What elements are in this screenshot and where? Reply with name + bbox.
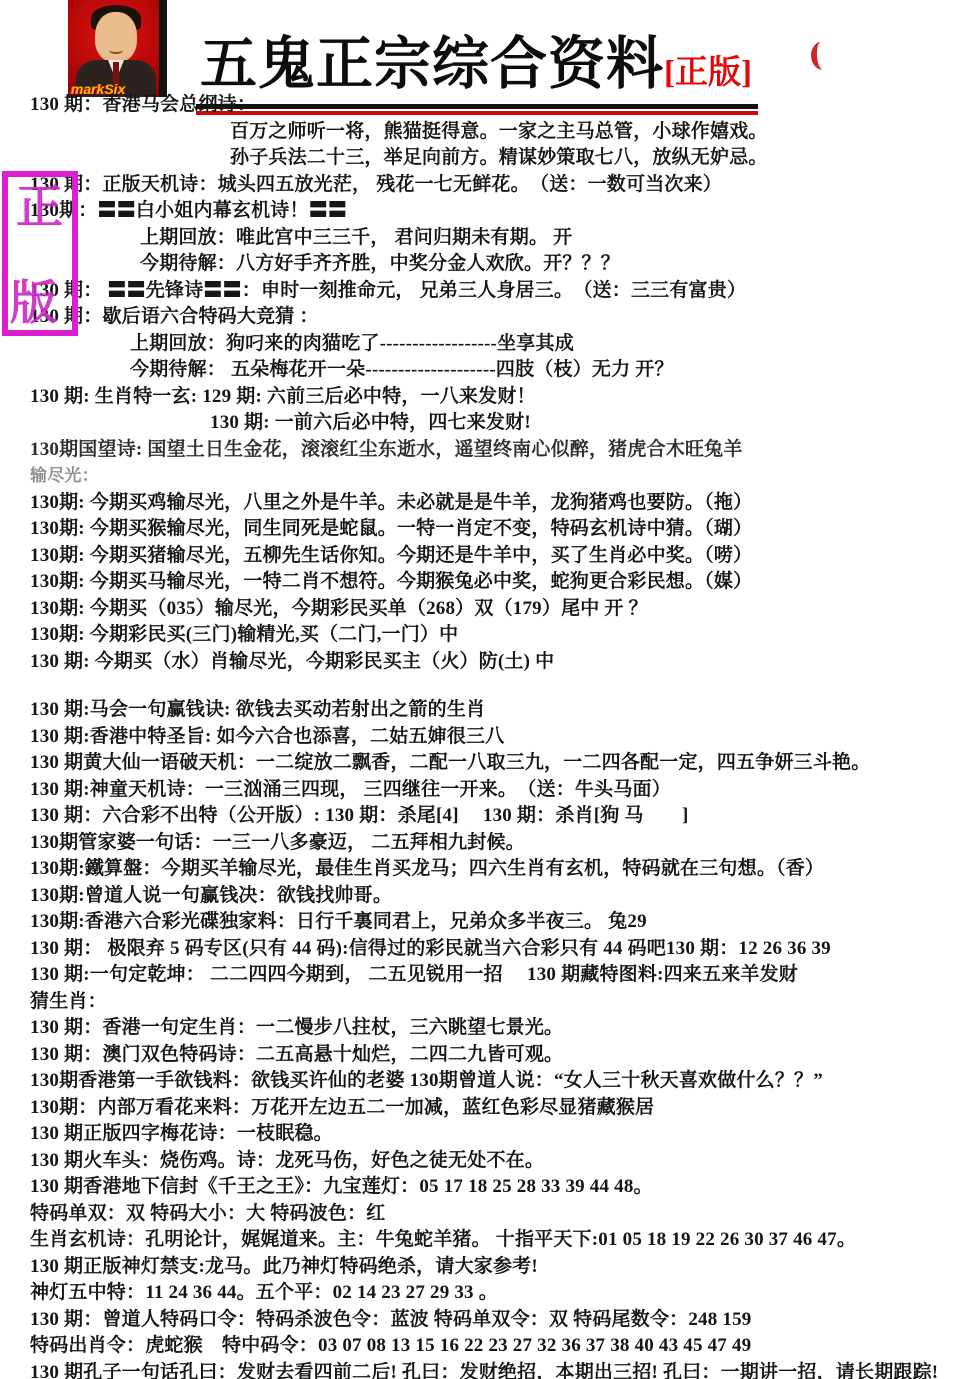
stamp-char-ban: 版 xyxy=(10,281,57,328)
text-line: 130 期：香港一句定生肖：一二慢步八拄杖，三六眺望七景光。 xyxy=(30,1015,974,1042)
text-line: 130期香港第一手欲钱料：欲钱买许仙的老婆 130期曾道人说：“女人三十秋天喜欢… xyxy=(30,1068,974,1095)
text-line: 130 期：六合彩不出特（公开版）: 130 期：杀尾[4] 130 期：杀肖[… xyxy=(30,803,974,830)
text-line: 130期:香港六合彩光碟独家料：日行千裏同君上，兄弟众多半夜三。 兔29 xyxy=(30,909,974,936)
text-line: 130期国望诗: 国望土日生金花，滚滚红尘东逝水，遥望终南心似醉，猪虎合木旺兔羊 xyxy=(30,437,974,464)
text-line: 输尽光： xyxy=(30,463,974,490)
text-line: 130期: 今期买马输尽光，一特二肖不想符。今期猴兔必中奖，蛇狗更合彩民想。（媒… xyxy=(30,569,974,596)
text-line: 130 期正版四字梅花诗：一枝眠稳。 xyxy=(30,1121,974,1148)
lottery-info-sheet: markSix 五鬼正宗综合资料[正版] 正 版 130 期：香港马会总纲诗： … xyxy=(0,0,980,1379)
text-line: 孙子兵法二十三，举足向前方。精谋妙策取七八，放纵无妒忌。 xyxy=(30,145,974,172)
text-line: 130 期: 生肖特一玄: 129 期: 六前三后必中特，一八来发财！ xyxy=(30,384,974,411)
text-line: 130期：内部万看花来料：万花开左边五二一加减，蓝红色彩尽显猪藏猴居 xyxy=(30,1095,974,1122)
blank-gap xyxy=(30,675,974,697)
page-title: 五鬼正宗综合资料 xyxy=(200,33,664,96)
text-line: 今期待解： 五朵梅花开一朵--------------------四肢（枝）无力… xyxy=(30,357,974,384)
mark-six-portrait: markSix xyxy=(68,0,167,97)
text-line: 130 期:神童天机诗：一三汹涌三四现， 三四继往一开来。 （送：牛头马面） xyxy=(30,777,974,804)
text-line: 上期回放：狗叼来的肉猫吃了------------------坐享其成 xyxy=(30,331,974,358)
text-line: 130 期孔子一句话孔曰：发财去看四前二后! 孔曰：发财绝招，本期出三招! 孔曰… xyxy=(30,1360,974,1379)
text-line: 130 期香港地下信封《千王之王》：九宝莲灯：05 17 18 25 28 33… xyxy=(30,1174,974,1201)
text-line: 130 期： 极限弃 5 码专区(只有 44 码):信得过的彩民就当六合彩只有 … xyxy=(30,936,974,963)
text-line: 今期待解：八方好手齐齐胜，中奖分金人欢欣。开？？？ xyxy=(30,251,974,278)
text-line: 130 期: 今期买（水）肖输尽光，今期彩民买主（火）防(土) 中 xyxy=(30,649,974,676)
text-line: 130 期：正版天机诗：城头四五放光茫， 残花一七无鲜花。 （送：一数可当次来） xyxy=(30,172,974,199)
text-line: 猜生肖： xyxy=(30,989,974,1016)
text-line: 130 期：香港马会总纲诗： xyxy=(30,92,974,119)
text-line: 130 期：曾道人特码口令：特码杀波色令：蓝波 特码单双令：双 特码尾数令：24… xyxy=(30,1307,974,1334)
text-line: 130期:曾道人说一句赢钱决：欲钱找帅哥。 xyxy=(30,883,974,910)
text-line: 特码单双：双 特码大小：大 特码波色：红 xyxy=(30,1201,974,1228)
text-line: 上期回放：唯此宫中三三千， 君问归期未有期。 开 xyxy=(30,225,974,252)
text-line: 130 期:一句定乾坤： 二二四四今期到， 二五见锐用一招 130 期藏特图料:… xyxy=(30,962,974,989)
text-line: 130 期:香港中特圣旨: 如今六合也添喜，二姑五婶很三八 xyxy=(30,724,974,751)
text-line: 130 期: 一前六后必中特，四七来发财! xyxy=(30,410,974,437)
red-ink-mark xyxy=(810,41,828,70)
text-line: 130期：〓〓白小姐内幕玄机诗！〓〓 xyxy=(30,198,974,225)
portrait-smile xyxy=(109,46,123,54)
text-line: 130 期：歇后语六合特码大竞猜 ： xyxy=(30,304,974,331)
text-line: 130期: 今期买（035）输尽光，今期彩民买单（268）双（179）尾中 开 … xyxy=(30,596,974,623)
text-line: 神灯五中特：11 24 36 44。五个平：02 14 23 27 29 33 … xyxy=(30,1280,974,1307)
text-line: 130 期：澳门双色特码诗：二五高悬十灿烂，二四二九皆可观。 xyxy=(30,1042,974,1069)
title-edition-tag: [正版] xyxy=(664,55,752,91)
text-line: 130期:鐵算盤：今期买羊输尽光，最佳生肖买龙马；四六生肖有玄机，特码就在三句想… xyxy=(30,856,974,883)
text-line: 130 期正版神灯禁支:龙马。此乃神灯特码绝杀，请大家参考! xyxy=(30,1254,974,1281)
text-line: 130 期火车头：烧伤鸡。诗：龙死马伤，好色之徒无处不在。 xyxy=(30,1148,974,1175)
text-line: 130期: 今期买鸡输尽光，八里之外是牛羊。未必就是是牛羊，龙狗猪鸡也要防。（拖… xyxy=(30,490,974,517)
text-line: 百万之师听一将，熊猫挺得意。一家之主马总管，小球作嬉戏。 xyxy=(30,119,974,146)
text-line: 生肖玄机诗：孔明论计，娓娓道来。主：牛兔蛇羊猪。 十指平天下:01 05 18 … xyxy=(30,1227,974,1254)
text-line: 130期管家婆一句话：一三一八多豪迈， 二五拜相九封候。 xyxy=(30,830,974,857)
tips-text-body: 130 期：香港马会总纲诗： 百万之师听一将，熊猫挺得意。一家之主马总管，小球作… xyxy=(30,92,974,1379)
authenticity-stamp-box: 正 版 xyxy=(2,171,78,336)
stamp-char-zheng: 正 xyxy=(16,185,63,232)
text-line: 特码出肖令：虎蛇猴 特中码令：03 07 08 13 15 16 22 23 2… xyxy=(30,1333,974,1360)
text-line: 130期: 今期买猪输尽光，五柳先生话你知。今期还是牛羊中，买了生肖必中奖。（唠… xyxy=(30,543,974,570)
text-line: 130期: 今期彩民买(三门)输精光,买（二门,一门）中 xyxy=(30,622,974,649)
portrait-face xyxy=(95,12,137,62)
text-line: 130 期黄大仙一语破天机：一二绽放二飘香，二配一八取三九，一二四各配一定，四五… xyxy=(30,750,974,777)
text-line: 130 期:马会一句赢钱诀: 欲钱去买动若射出之箭的生肖 xyxy=(30,697,974,724)
text-line: 130期: 今期买猴输尽光，同生同死是蛇鼠。一特一肖定不变，特码玄机诗中猜。（瑚… xyxy=(30,516,974,543)
text-line: 130 期： 〓〓先锋诗〓〓：申时一刻推命元， 兄弟三人身居三。 （送：三三有富… xyxy=(30,278,974,305)
